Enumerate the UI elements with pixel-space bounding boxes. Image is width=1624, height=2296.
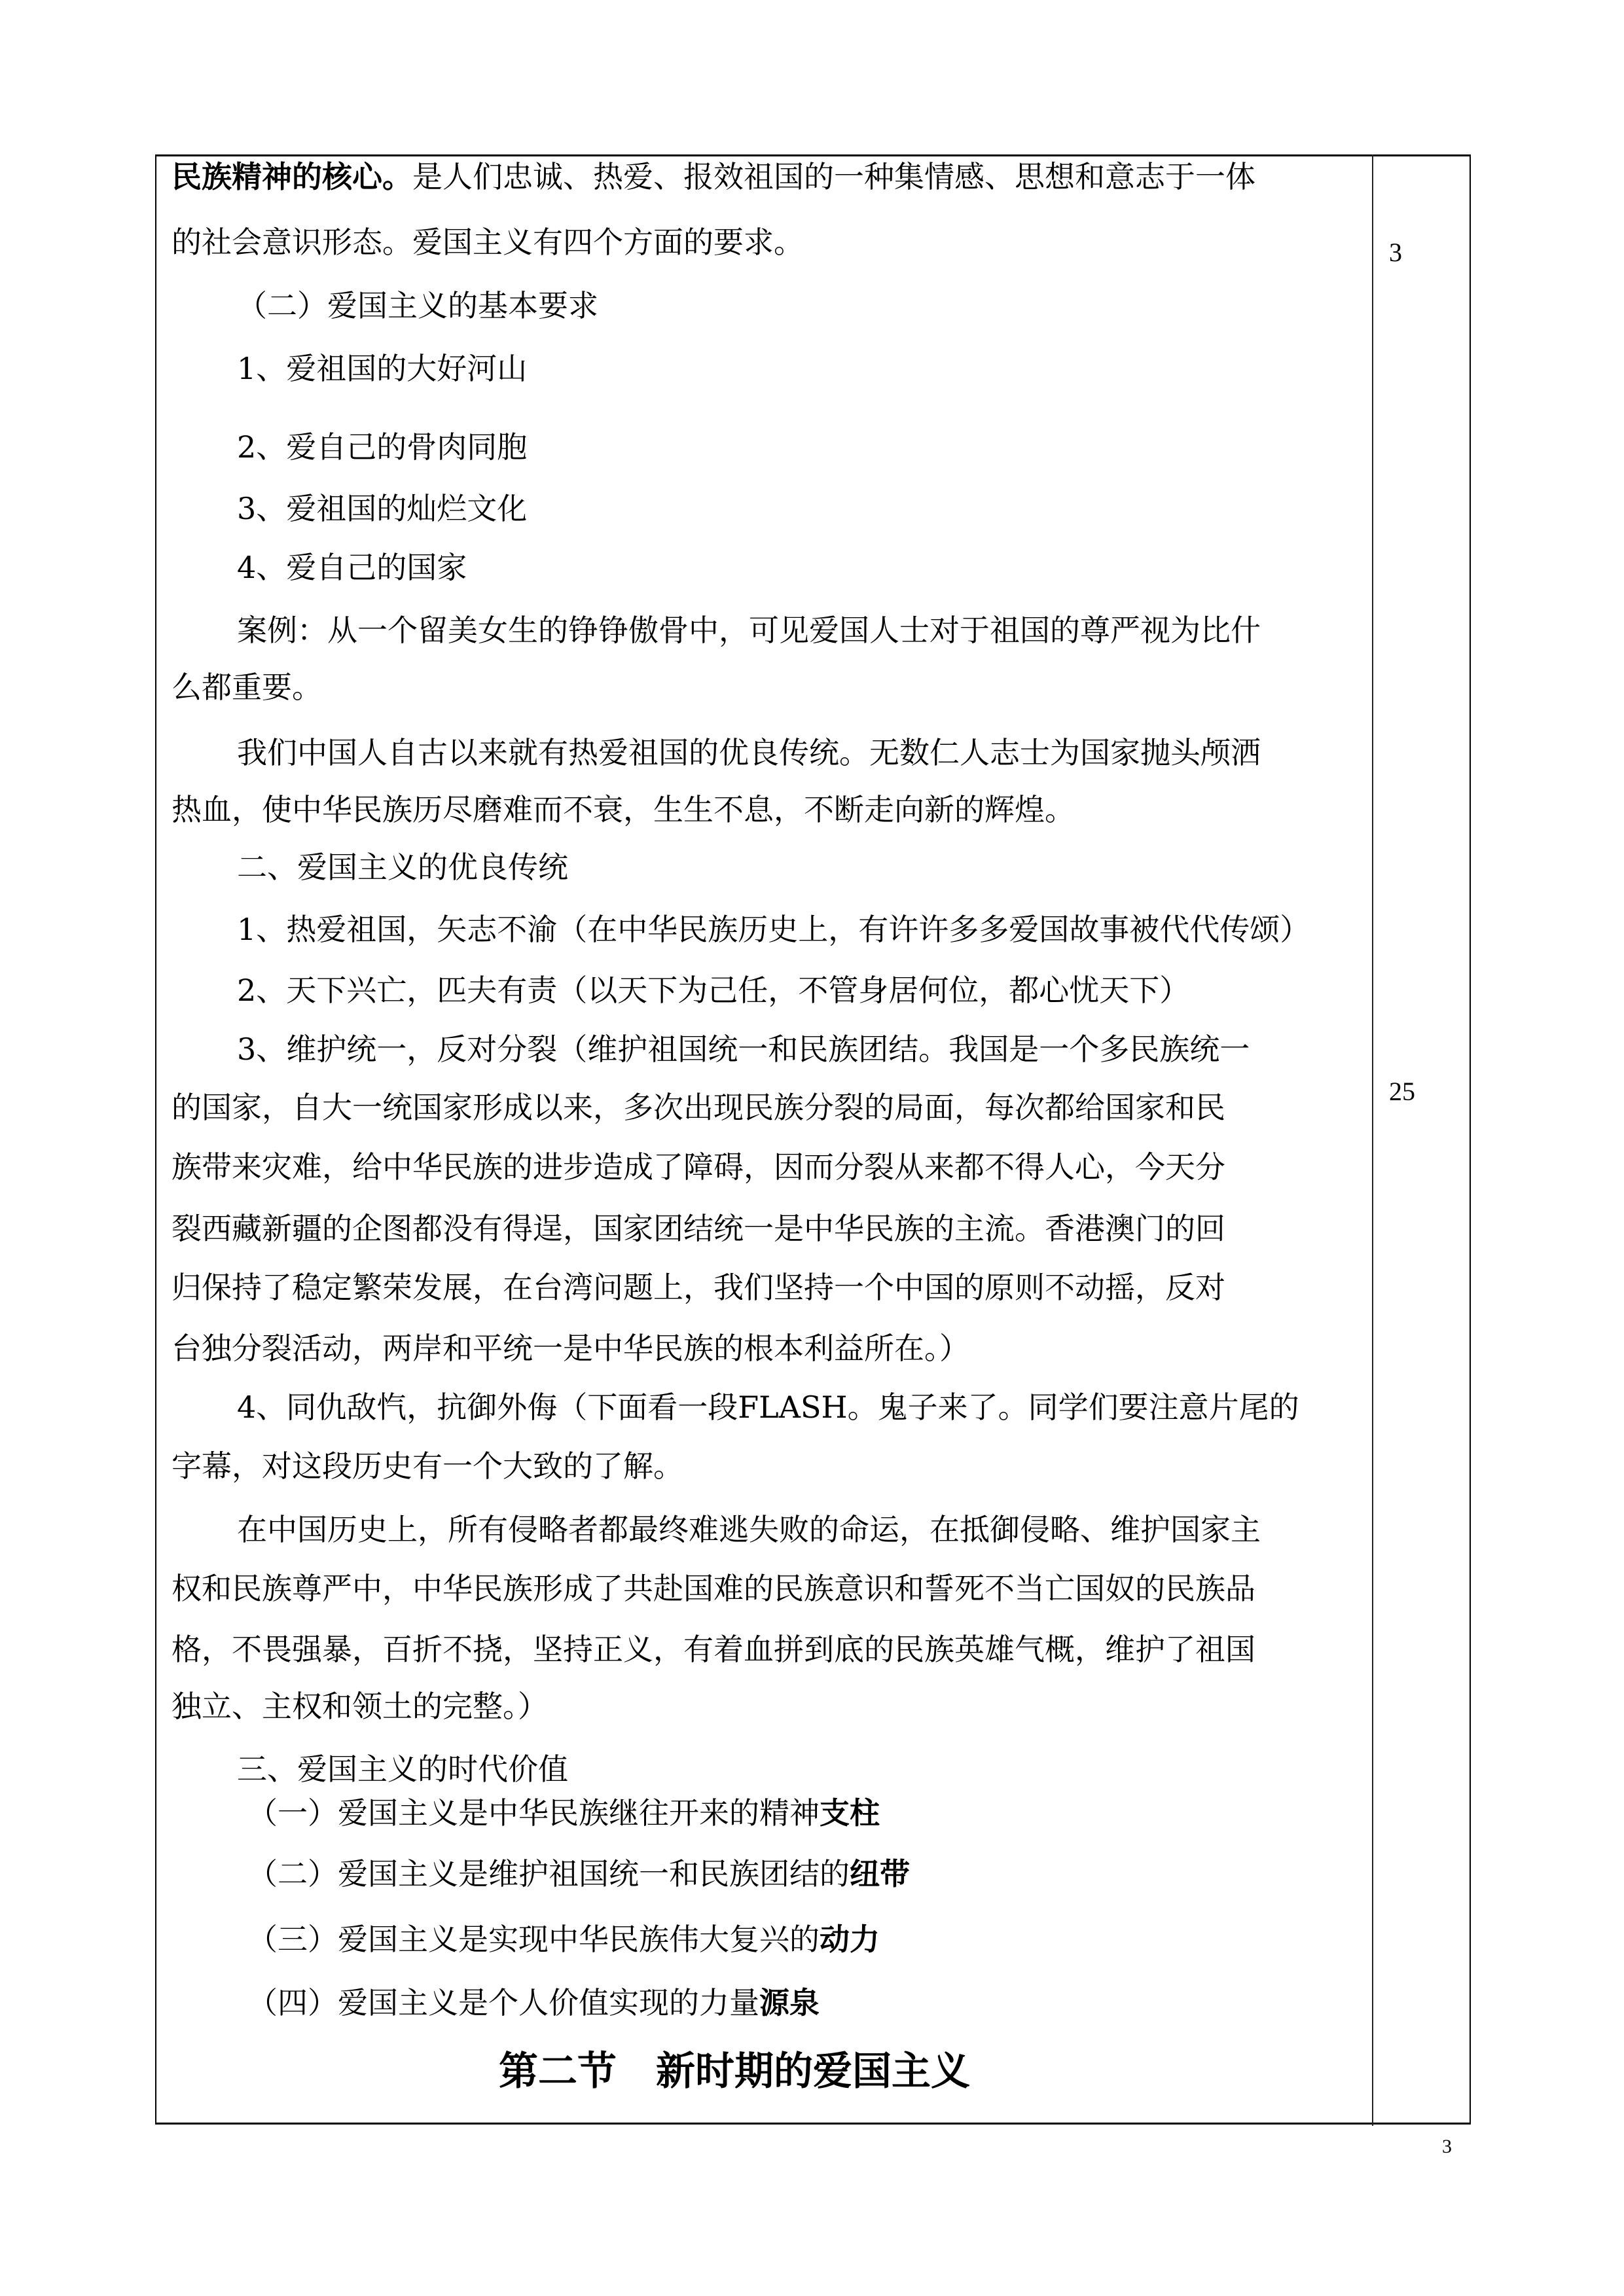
text-line: 3、维护统一，反对分裂（维护祖国统一和民族团结。我国是一个多民族统一 (237, 1031, 1250, 1067)
emphasized-text: 纽带 (850, 1856, 910, 1892)
text-line: 族带来灾难，给中华民族的进步造成了障碍，因而分裂从来都不得人心，今天分 (171, 1149, 1225, 1185)
emphasized-text: 源泉 (759, 1985, 820, 2020)
text-line: 4、同仇敌忾，抗御外侮（下面看一段FLASH。鬼子来了。同学们要注意片尾的 (237, 1389, 1299, 1426)
body-text: 是人们忠诚、热爱、报效祖国的一种集情感、思想和意志于一体 (412, 159, 1255, 194)
text-line: 权和民族尊严中，中华民族形成了共赴国难的民族意识和誓死不当亡国奴的民族品 (171, 1570, 1255, 1607)
body-text: （二）爱国主义是维护祖国统一和民族团结的 (247, 1856, 850, 1892)
body-text: 我们中国人自古以来就有热爱祖国的优良传统。无数仁人志士为国家抛头颅洒 (237, 735, 1261, 770)
text-line: 热血，使中华民族历尽磨难而不衰，生生不息，不断走向新的辉煌。 (171, 791, 1075, 828)
body-text: 族带来灾难，给中华民族的进步造成了障碍，因而分裂从来都不得人心，今天分 (171, 1149, 1225, 1185)
emphasized-text: 动力 (820, 1922, 880, 1957)
text-line: 1、爱祖国的大好河山 (237, 350, 527, 387)
page-number: 3 (1442, 2136, 1452, 2157)
text-line: 格，不畏强暴，百折不挠，坚持正义，有着血拼到底的民族英雄气概，维护了祖国 (171, 1631, 1255, 1668)
text-line: 3、爱祖国的灿烂文化 (237, 490, 527, 527)
text-line: （一）爱国主义是中华民族继往开来的精神支柱 (247, 1795, 880, 1831)
body-text: 三、爱国主义的时代价值 (237, 1751, 568, 1787)
body-text: 4、爱自己的国家 (237, 550, 467, 585)
body-text: 字幕，对这段历史有一个大致的了解。 (171, 1448, 683, 1484)
body-text: （一）爱国主义是中华民族继往开来的精神 (247, 1795, 820, 1831)
text-line: 裂西藏新疆的企图都没有得逞，国家团结统一是中华民族的主流。香港澳门的回 (171, 1210, 1225, 1247)
body-text: 二、爱国主义的优良传统 (237, 850, 568, 885)
body-text: （三）爱国主义是实现中华民族伟大复兴的 (247, 1922, 820, 1957)
body-text: 独立、主权和领土的完整。） (171, 1689, 548, 1724)
section-heading: 第二节 新时期的爱国主义 (499, 2049, 970, 2094)
body-text: 3、爱祖国的灿烂文化 (237, 491, 527, 526)
text-line: 在中国历史上，所有侵略者都最终难逃失败的命运，在抵御侵略、维护国家主 (237, 1511, 1261, 1548)
text-line: 我们中国人自古以来就有热爱祖国的优良传统。无数仁人志士为国家抛头颅洒 (237, 734, 1261, 771)
body-text: 热血，使中华民族历尽磨难而不衰，生生不息，不断走向新的辉煌。 (171, 792, 1075, 827)
body-text: 1、热爱祖国，矢志不渝（在中华民族历史上，有许许多多爱国故事被代代传颂） (237, 912, 1310, 947)
text-line: 台独分裂活动，两岸和平统一是中华民族的根本利益所在。） (171, 1330, 969, 1367)
text-line: （二）爱国主义是维护祖国统一和民族团结的纽带 (247, 1856, 910, 1892)
emphasized-text: 支柱 (820, 1795, 880, 1831)
text-line: 4、爱自己的国家 (237, 549, 467, 586)
time-minutes: 25 (1389, 1077, 1415, 1106)
text-line: 2、天下兴亡，匹夫有责（以天下为己任，不管身居何位，都心忧天下） (237, 972, 1189, 1009)
body-text: 的国家，自大一统国家形成以来，多次出现民族分裂的局面，每次都给国家和民 (171, 1090, 1225, 1125)
text-line: 么都重要。 (171, 669, 322, 706)
text-line: 的国家，自大一统国家形成以来，多次出现民族分裂的局面，每次都给国家和民 (171, 1089, 1225, 1126)
text-line: （四）爱国主义是个人价值实现的力量源泉 (247, 1984, 820, 2021)
document-page: 民族精神的核心。是人们忠诚、热爱、报效祖国的一种集情感、思想和意志于一体的社会意… (0, 0, 1624, 2296)
text-line: 三、爱国主义的时代价值 (237, 1751, 568, 1787)
body-text: （二）爱国主义的基本要求 (237, 288, 598, 323)
body-text: 么都重要。 (171, 670, 322, 705)
body-text: （四）爱国主义是个人价值实现的力量 (247, 1985, 759, 2020)
text-line: 的社会意识形态。爱国主义有四个方面的要求。 (171, 224, 804, 260)
text-line: 独立、主权和领土的完整。） (171, 1688, 548, 1725)
text-line: （三）爱国主义是实现中华民族伟大复兴的动力 (247, 1921, 880, 1958)
body-text: 案例：从一个留美女生的铮铮傲骨中，可见爱国人士对于祖国的尊严视为比什 (237, 613, 1261, 648)
body-text: 3、维护统一，反对分裂（维护祖国统一和民族团结。我国是一个多民族统一 (237, 1031, 1250, 1067)
body-text: 台独分裂活动，两岸和平统一是中华民族的根本利益所在。） (171, 1331, 969, 1366)
text-line: 民族精神的核心。是人们忠诚、热爱、报效祖国的一种集情感、思想和意志于一体 (171, 158, 1255, 195)
body-text: 权和民族尊严中，中华民族形成了共赴国难的民族意识和誓死不当亡国奴的民族品 (171, 1571, 1255, 1606)
body-text: 2、爱自己的骨肉同胞 (237, 429, 527, 465)
body-text: 在中国历史上，所有侵略者都最终难逃失败的命运，在抵御侵略、维护国家主 (237, 1512, 1261, 1547)
body-text: 的社会意识形态。爱国主义有四个方面的要求。 (171, 224, 804, 260)
body-text: 裂西藏新疆的企图都没有得逞，国家团结统一是中华民族的主流。香港澳门的回 (171, 1211, 1225, 1246)
body-text: 1、爱祖国的大好河山 (237, 351, 527, 386)
body-text: 归保持了稳定繁荣发展，在台湾问题上，我们坚持一个中国的原则不动摇，反对 (171, 1270, 1225, 1305)
body-text: 4、同仇敌忾，抗御外侮（下面看一段FLASH。鬼子来了。同学们要注意片尾的 (237, 1390, 1299, 1425)
body-text: 2、天下兴亡，匹夫有责（以天下为己任，不管身居何位，都心忧天下） (237, 973, 1189, 1008)
text-line: 归保持了稳定繁荣发展，在台湾问题上，我们坚持一个中国的原则不动摇，反对 (171, 1269, 1225, 1306)
text-line: （二）爱国主义的基本要求 (237, 287, 598, 324)
body-text: 格，不畏强暴，百折不挠，坚持正义，有着血拼到底的民族英雄气概，维护了祖国 (171, 1632, 1255, 1667)
text-line: 2、爱自己的骨肉同胞 (237, 429, 527, 465)
text-line: 1、热爱祖国，矢志不渝（在中华民族历史上，有许许多多爱国故事被代代传颂） (237, 911, 1310, 948)
column-divider (1372, 154, 1373, 2126)
time-minutes: 3 (1389, 238, 1402, 267)
emphasized-text: 民族精神的核心。 (171, 159, 412, 194)
text-line: 字幕，对这段历史有一个大致的了解。 (171, 1448, 683, 1484)
text-line: 案例：从一个留美女生的铮铮傲骨中，可见爱国人士对于祖国的尊严视为比什 (237, 612, 1261, 649)
text-line: 二、爱国主义的优良传统 (237, 849, 568, 886)
